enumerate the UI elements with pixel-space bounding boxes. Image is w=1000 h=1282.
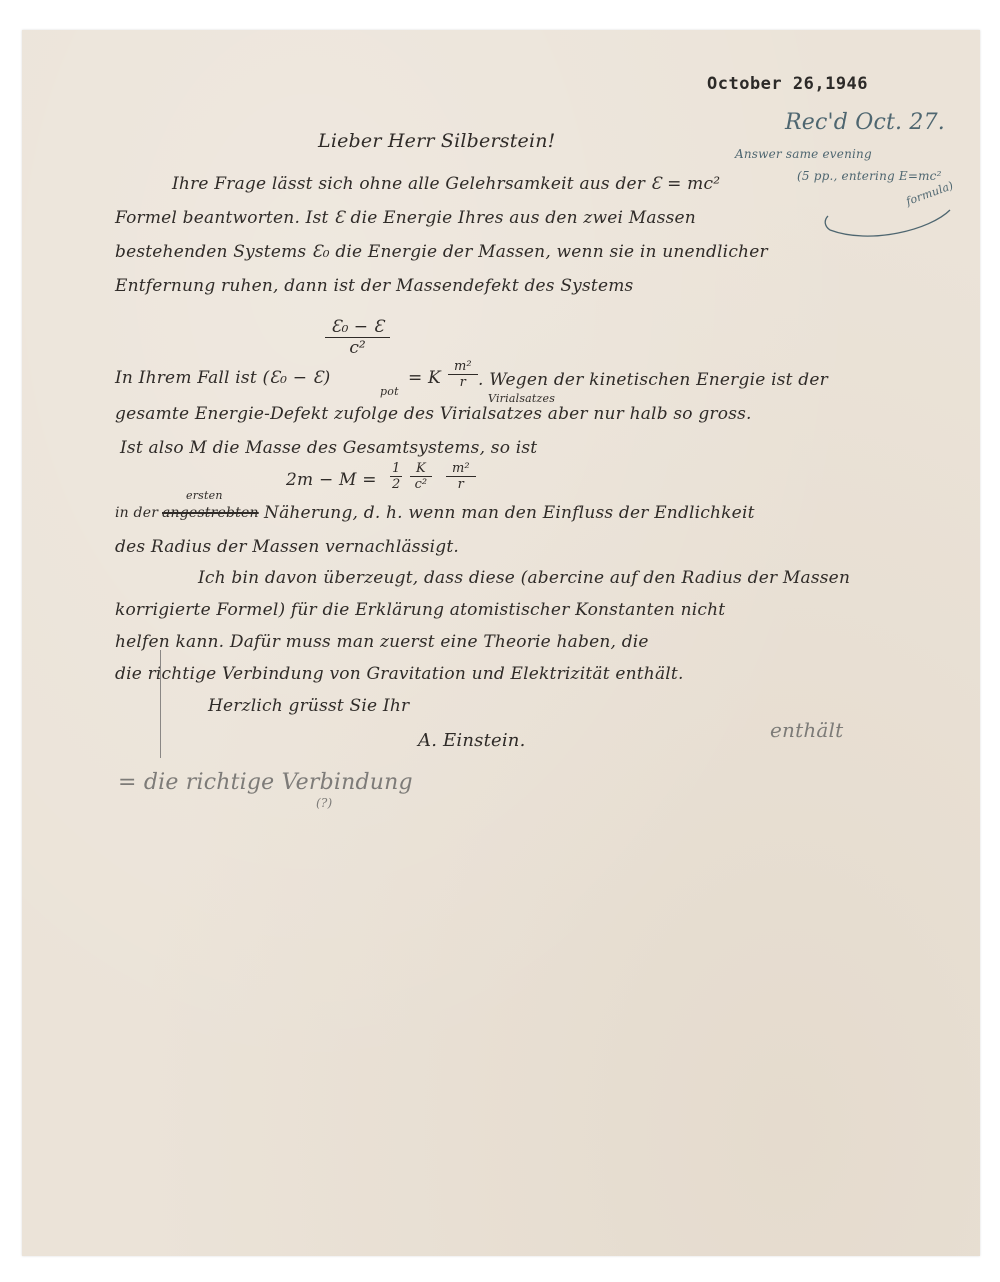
insertion-ersten: ersten	[186, 489, 223, 502]
body-line-13: korrigierte Formel) für die Erklärung at…	[115, 600, 725, 620]
massendefekt-denominator: c²	[349, 338, 365, 358]
formula-mass-lhs: 2m − M =	[286, 470, 377, 490]
formula-m2-over-r: m² r	[448, 360, 478, 391]
body-line-6: . Wegen der kinetischen Energie ist der	[478, 370, 828, 390]
massendefekt-formula: Ɛ₀ − Ɛ c²	[325, 318, 390, 358]
body-line-5: In Ihrem Fall ist (Ɛ₀ − Ɛ)	[115, 368, 330, 388]
frac-denominator: c²	[415, 477, 428, 493]
closing: Herzlich grüsst Sie Ihr	[208, 696, 409, 716]
frac-numerator: K	[410, 462, 432, 477]
answer-annotation: Answer same evening	[735, 147, 872, 161]
answer-annotation-detail: (5 pp., entering E=mc²	[797, 169, 942, 183]
body-line-2: Formel beantworten. Ist Ɛ die Energie Ih…	[115, 208, 696, 228]
body-line-14: helfen kann. Dafür muss man zuerst eine …	[115, 632, 649, 652]
frac-denominator: r	[460, 375, 466, 391]
body-line-9: in der	[115, 505, 158, 521]
pencil-margin-note: = die richtige Verbindung	[118, 770, 413, 795]
pencil-margin-line	[160, 650, 161, 758]
massendefekt-numerator: Ɛ₀ − Ɛ	[325, 318, 390, 338]
struck-word: angestrebten	[162, 505, 259, 521]
pencil-enthaelt: enthält	[770, 718, 843, 742]
body-line-12: Ich bin davon überzeugt, dass diese (abe…	[198, 568, 850, 588]
typed-date: October 26,1946	[707, 74, 868, 94]
body-line-10: Näherung, d. h. wenn man den Einfluss de…	[264, 503, 755, 523]
received-annotation: Rec'd Oct. 27.	[785, 110, 945, 135]
signature: A. Einstein.	[418, 730, 526, 751]
frac-denominator: 2	[392, 477, 400, 493]
formula-subscript-pot: pot	[380, 385, 399, 398]
formula-m2-over-r-2: m² r	[446, 462, 476, 493]
frac-denominator: r	[458, 477, 464, 493]
frac-numerator: m²	[446, 462, 476, 477]
formula-half: 1 2	[390, 462, 402, 493]
body-line-15: die richtige Verbindung von Gravitation …	[115, 664, 684, 684]
body-line-3: bestehenden Systems Ɛ₀ die Energie der M…	[115, 242, 768, 262]
annotation-arrow-icon	[810, 190, 960, 250]
body-line-4: Entfernung ruhen, dann ist der Massendef…	[115, 276, 633, 296]
salutation: Lieber Herr Silberstein!	[318, 130, 556, 152]
frac-numerator: m²	[448, 360, 478, 375]
formula-k-over-c2: K c²	[410, 462, 432, 493]
frac-numerator: 1	[390, 462, 402, 477]
body-line-1: Ihre Frage lässt sich ohne alle Gelehrsa…	[172, 174, 720, 194]
formula-equals-k: = K	[408, 368, 441, 388]
body-line-7: gesamte Energie-Defekt zufolge des Viria…	[115, 404, 752, 424]
body-line-8: Ist also M die Masse des Gesamtsystems, …	[120, 438, 537, 458]
body-line-11: des Radius der Massen vernachlässigt.	[115, 537, 459, 557]
pencil-question-mark: (?)	[316, 796, 332, 810]
